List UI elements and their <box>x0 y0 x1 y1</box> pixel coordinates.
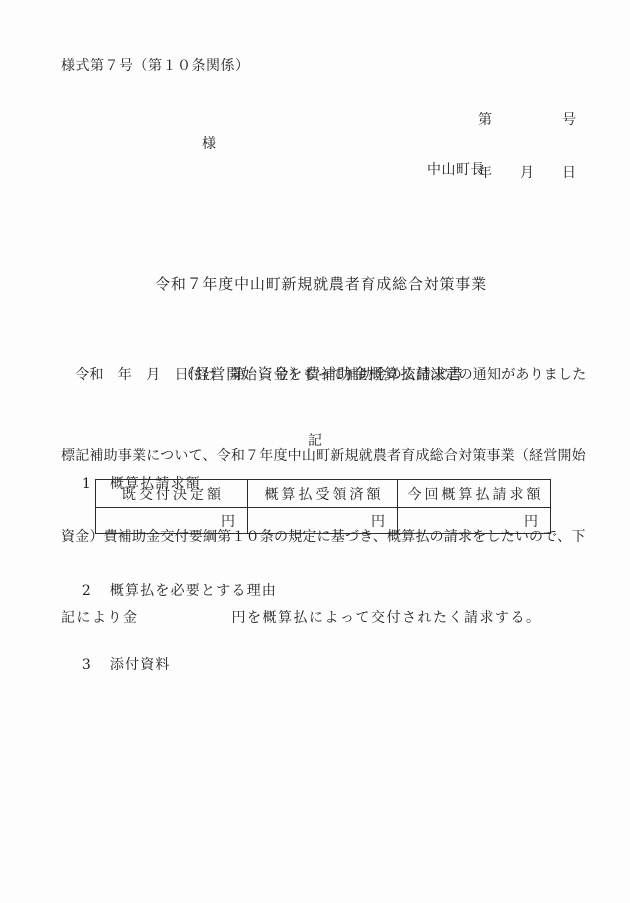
table-header-received-amount: 概算払受領済額 <box>248 480 398 508</box>
table-header-row: 既交付決定額 概算払受領済額 今回概算払請求額 <box>96 480 551 508</box>
table-header-current-request-amount: 今回概算払請求額 <box>398 480 551 508</box>
addressee-honorific: 様 <box>202 133 216 153</box>
table-cell-current-request-amount-yen: 円 <box>398 508 551 534</box>
section-number: 3 <box>82 657 110 673</box>
section-title: 概算払を必要とする理由 <box>110 583 277 599</box>
body-paragraph-line: 令和 年 月 日付け 第 号をもって補助金の交付決定の通知がありました <box>61 362 601 389</box>
document-number-block: 第 号 年 月 日 <box>478 77 576 217</box>
sender-name: 中山町長 <box>427 159 485 179</box>
notation-ki-label: 記 <box>0 430 630 450</box>
table-cell-received-amount-yen: 円 <box>248 508 398 534</box>
section-title: 添付資料 <box>110 657 171 673</box>
table-header-decided-amount: 既交付決定額 <box>96 480 248 508</box>
document-title-line-1: 令和７年度中山町新規就農者育成総合対策事業 <box>12 269 630 299</box>
document-page: 様式第７号（第１０条関係） 第 号 年 月 日 様 中山町長 令和７年度中山町新… <box>0 0 630 903</box>
form-number: 様式第７号（第１０条関係） <box>61 55 250 75</box>
section-heading-reason: 2概算払を必要とする理由 <box>64 564 277 616</box>
section-heading-attachments: 3添付資料 <box>64 638 171 690</box>
document-number-line: 第 号 <box>478 112 576 130</box>
section-number: 2 <box>82 583 110 599</box>
table-value-row: 円 円 円 <box>96 508 551 534</box>
document-date-line: 年 月 日 <box>478 165 576 183</box>
table-cell-decided-amount-yen: 円 <box>96 508 248 534</box>
payment-request-table: 既交付決定額 概算払受領済額 今回概算払請求額 円 円 円 <box>95 479 551 534</box>
